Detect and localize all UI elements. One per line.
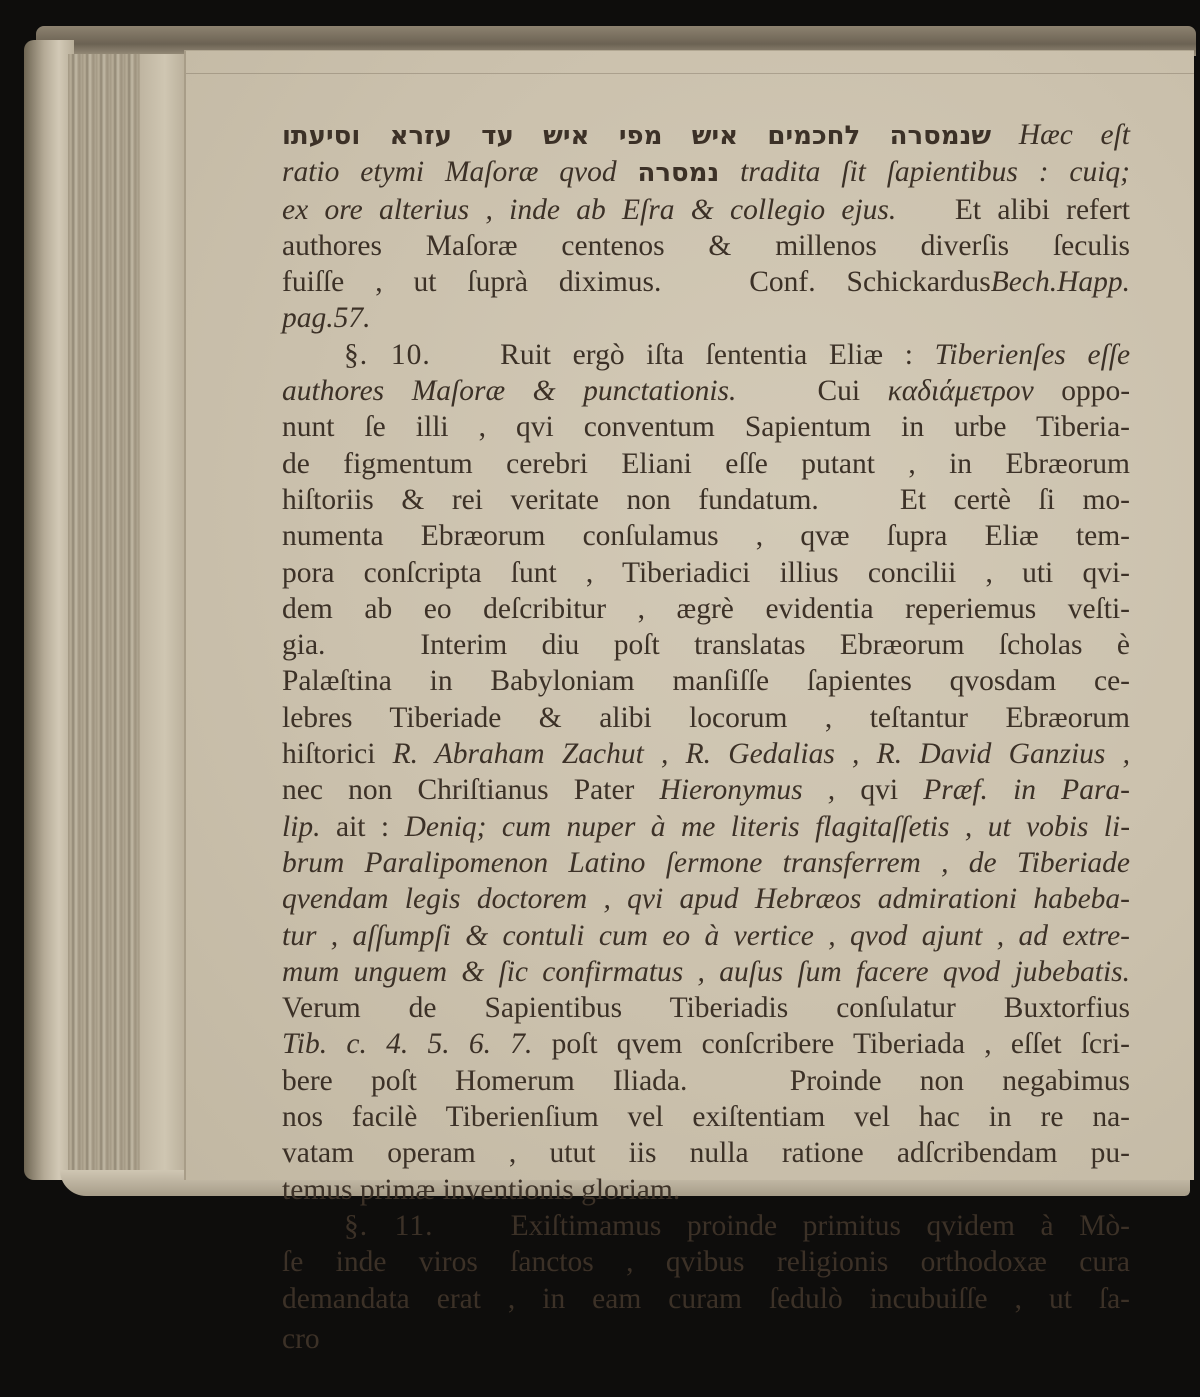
text-line: fuiſſe , ut ſuprà diximus. Conf. Schicka… <box>282 264 1130 300</box>
text-line: nos facilè Tiberienſium vel exiſtentiam … <box>282 1099 1130 1135</box>
roman-text: nunt ſe illi , qvi conventum Sapientum i… <box>282 411 1130 443</box>
italic-text: authores Maſoræ & punctationis. <box>282 375 736 407</box>
roman-text: bere poſt Homerum Iliada. <box>282 1065 687 1097</box>
roman-text: numenta Ebræorum conſulamus , qvæ ſupra … <box>282 520 1130 552</box>
text-line: dem ab eo deſcribitur , ægrè evidentia r… <box>282 591 1130 627</box>
text-line: ex ore alterius , inde ab Eſra & collegi… <box>282 192 1130 228</box>
italic-text: Hieronymus , <box>660 774 836 806</box>
text-line: authores Maſoræ centenos & millenos dive… <box>282 228 1130 264</box>
text-line: ratio etymi Maſoræ qvod נמסרה tradita ſi… <box>282 154 1130 191</box>
text-line: mum unguem & ſic confirmatus , auſus ſum… <box>282 954 1130 990</box>
italic-text: Tib. c. 4. 5. 6. 7. <box>282 1028 532 1060</box>
page-stack-inner <box>140 54 190 1184</box>
roman-text: Palæſtina in Babyloniam manſiſſe ſapient… <box>282 665 1130 697</box>
hebrew-text: נמסרה <box>637 158 719 188</box>
roman-text: hiſtorici <box>282 738 375 770</box>
italic-text: Deniq; cum nuper à me literis flagitaſſe… <box>405 811 1130 843</box>
text-line: gia. Interim diu poſt translatas Ebræoru… <box>282 627 1130 663</box>
roman-text: lebres Tiberiade & alibi locorum , teſta… <box>282 702 1130 734</box>
italic-text: Bech.Happ. <box>991 266 1130 298</box>
text-line: qvendam legis doctorem , qvi apud Hebræo… <box>282 881 1130 917</box>
text-line: §. 11. Exiſtimamus proinde primitus qvid… <box>282 1208 1130 1244</box>
roman-text: Conf. Schickardus <box>749 266 991 298</box>
text-line: tur , aſſumpſi & contuli cum eo à vertic… <box>282 918 1130 954</box>
text-line: lip. ait : Deniq; cum nuper à me literis… <box>282 809 1130 845</box>
italic-text: R. Abraham Zachut , R. Gedalias , R. Dav… <box>393 738 1130 770</box>
text-line: nunt ſe illi , qvi conventum Sapientum i… <box>282 409 1130 445</box>
roman-text: Interim diu poſt translatas Ebræorum ſch… <box>420 629 1130 661</box>
text-line: Verum de Sapientibus Tiberiadis conſulat… <box>282 990 1130 1026</box>
roman-text: temus primæ inventionis gloriam. <box>282 1174 680 1206</box>
roman-text: gia. <box>282 629 325 661</box>
roman-text: oppo- <box>1061 375 1130 407</box>
text-line: Palæſtina in Babyloniam manſiſſe ſapient… <box>282 663 1130 699</box>
catchword: cro <box>282 1321 1130 1357</box>
italic-text: ex ore alterius , inde ab Eſra & collegi… <box>282 194 896 226</box>
italic-text: qvendam legis doctorem , qvi apud Hebræo… <box>282 883 1130 915</box>
roman-text: Exiſtimamus proinde primitus qvidem à Mò… <box>511 1210 1130 1242</box>
roman-text: nos facilè Tiberienſium vel exiſtentiam … <box>282 1101 1130 1133</box>
text-line: hiſtoriis & rei veritate non fundatum. E… <box>282 482 1130 518</box>
page-crease <box>186 73 1194 74</box>
text-line: authores Maſoræ & punctationis. Cui καδι… <box>282 373 1130 409</box>
roman-text: Verum de Sapientibus Tiberiadis conſulat… <box>282 992 1130 1024</box>
book-binding-spine-edge <box>24 40 74 1180</box>
text-line: §. 10. Ruit ergò iſta ſententia Eliæ : T… <box>282 337 1130 373</box>
italic-text: mum unguem & ſic confirmatus , auſus ſum… <box>282 956 1130 988</box>
text-line: hiſtorici R. Abraham Zachut , R. Gedalia… <box>282 736 1130 772</box>
roman-text: fuiſſe , ut ſuprà diximus. <box>282 266 661 298</box>
italic-text: pag.57. <box>282 302 371 334</box>
roman-text: nec non Chriſtianus Pater <box>282 774 634 806</box>
text-line: bere poſt Homerum Iliada. Proinde non ne… <box>282 1063 1130 1099</box>
text-line: temus primæ inventionis gloriam. <box>282 1172 1130 1208</box>
book-page: שנמסרה לחכמים איש מפי איש עד עזרא וסיעתו… <box>184 50 1194 1180</box>
roman-text: de figmentum cerebri Eliani eſſe putant … <box>282 448 1130 480</box>
text-line: numenta Ebræorum conſulamus , qvæ ſupra … <box>282 518 1130 554</box>
italic-text: tur , aſſumpſi & contuli cum eo à vertic… <box>282 920 1130 952</box>
text-line: lebres Tiberiade & alibi locorum , teſta… <box>282 700 1130 736</box>
roman-text: ait : <box>336 811 389 843</box>
greek-text: καδιάμετρον <box>888 375 1034 407</box>
page-text-block: שנמסרה לחכמים איש מפי איש עד עזרא וסיעתו… <box>282 117 1130 1357</box>
roman-text: hiſtoriis & rei veritate non fundatum. <box>282 484 819 516</box>
roman-text: Cui <box>817 375 860 407</box>
text-line: ſe inde viros ſanctos , qvibus religioni… <box>282 1244 1130 1280</box>
italic-text: Tiberienſes eſſe <box>935 339 1130 371</box>
text-line: demandata erat , in eam curam ſedulò inc… <box>282 1281 1130 1317</box>
roman-text: poſt qvem conſcribere Tiberiada , eſſet … <box>552 1028 1130 1060</box>
roman-text: ſe inde viros ſanctos , qvibus religioni… <box>282 1246 1130 1278</box>
book-scan: שנמסרה לחכמים איש מפי איש עד עזרא וסיעתו… <box>0 0 1200 1397</box>
italic-text: Præf. in Para- <box>923 774 1130 806</box>
roman-text: vatam operam , utut iis nulla ratione ad… <box>282 1137 1130 1169</box>
text-line: שנמסרה לחכמים איש מפי איש עד עזרא וסיעתו… <box>282 117 1130 154</box>
roman-text: Et alibi refert <box>955 194 1130 226</box>
italic-text: tradita ſit ſapientibus : <box>740 156 1048 188</box>
roman-text: qvi <box>860 774 898 806</box>
text-line: nec non Chriſtianus Pater Hieronymus , q… <box>282 772 1130 808</box>
italic-text: ratio etymi Maſoræ qvod <box>282 156 617 188</box>
roman-text: demandata erat , in eam curam ſedulò inc… <box>282 1283 1130 1315</box>
roman-text: Proinde non negabimus <box>790 1065 1130 1097</box>
italic-text: brum Paralipomenon Latino ſermone transf… <box>282 847 1130 879</box>
text-line: pora conſcripta ſunt , Tiberiadici illiu… <box>282 555 1130 591</box>
section-number: §. 11. <box>344 1210 433 1242</box>
italic-text: Hæc eſt <box>1019 119 1130 151</box>
roman-text: dem ab eo deſcribitur , ægrè evidentia r… <box>282 593 1130 625</box>
text-line: vatam operam , utut iis nulla ratione ad… <box>282 1135 1130 1171</box>
roman-text: Et certè ſi mo- <box>900 484 1130 516</box>
text-line: pag.57. <box>282 300 1130 336</box>
roman-text: pora conſcripta ſunt , Tiberiadici illiu… <box>282 557 1130 589</box>
italic-text: cuiq; <box>1069 156 1130 188</box>
italic-text: lip. <box>282 811 321 843</box>
hebrew-text: שנמסרה לחכמים איש מפי איש עד עזרא וסיעתו <box>282 121 991 151</box>
text-line: Tib. c. 4. 5. 6. 7. poſt qvem conſcriber… <box>282 1026 1130 1062</box>
roman-text: authores Maſoræ centenos & millenos dive… <box>282 230 1130 262</box>
text-line: brum Paralipomenon Latino ſermone transf… <box>282 845 1130 881</box>
section-number: §. 10. <box>344 339 431 371</box>
roman-text: Ruit ergò iſta ſententia Eliæ : <box>500 339 913 371</box>
text-line: de figmentum cerebri Eliani eſſe putant … <box>282 446 1130 482</box>
